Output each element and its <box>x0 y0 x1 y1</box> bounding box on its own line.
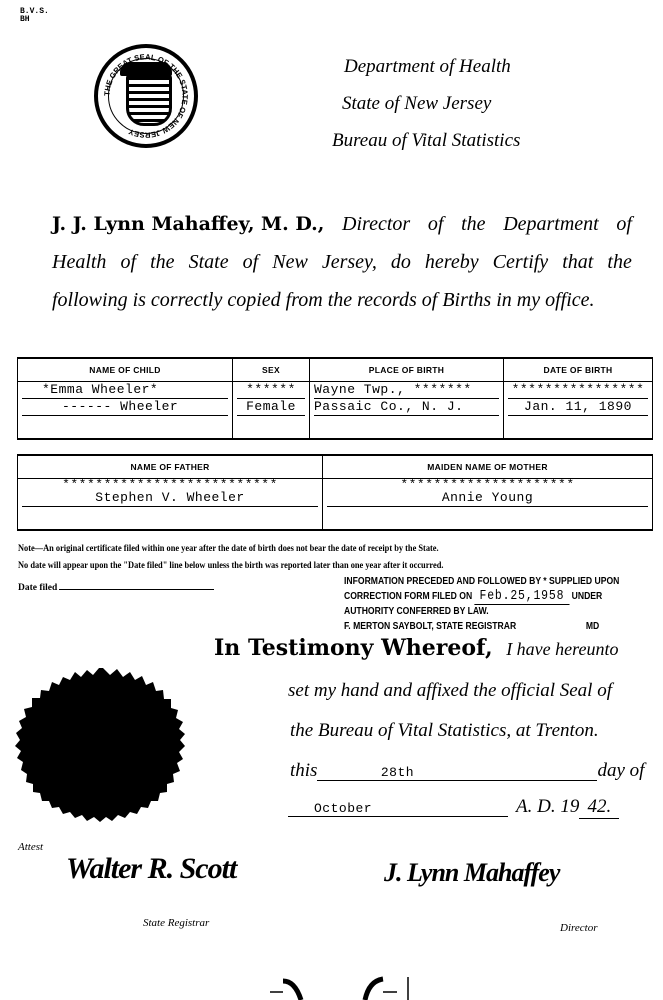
place-line2: Passaic Co., N. J. <box>314 399 499 416</box>
department-header: Department of Health State of New Jersey… <box>340 48 520 159</box>
mother-line1: ********************* <box>327 479 648 490</box>
date-cell: DATE OF BIRTH **************** Jan. 11, … <box>504 358 653 439</box>
testimony-line1-rest: I have hereunto <box>506 639 618 659</box>
header-line-department: Department of Health <box>340 48 520 85</box>
father-cell: NAME OF FATHER *************************… <box>18 455 323 530</box>
place-line1: Wayne Twp., ******* <box>314 382 499 399</box>
blank-space <box>22 416 228 438</box>
month-value: October <box>288 801 508 817</box>
note-line2: No date will appear upon the "Date filed… <box>18 557 613 574</box>
cert-word: Department <box>503 205 599 243</box>
blank-space <box>508 416 648 438</box>
header-maiden-name-of-mother: MAIDEN NAME OF MOTHER <box>323 456 652 479</box>
stamp-line3: AUTHORITY CONFERRED BY LAW. <box>344 604 619 619</box>
cert-word: of <box>616 205 632 243</box>
state-registrar-signature: Walter R. Scott <box>66 852 236 886</box>
blank-space <box>237 416 305 438</box>
header-name-of-father: NAME OF FATHER <box>18 456 322 479</box>
this-label: this <box>290 760 317 781</box>
child-name-line2: ------ Wheeler <box>22 399 228 416</box>
stamp-initials: MD <box>586 620 599 632</box>
director-name: J. J. Lynn Mahaffey, M. D., <box>52 205 324 243</box>
date-line2: Jan. 11, 1890 <box>508 399 648 416</box>
corner-mark-line2: BH <box>20 16 49 24</box>
stamp-line4: F. MERTON SAYBOLT, STATE REGISTRAR MD <box>344 619 619 634</box>
father-line1: ************************** <box>22 479 318 490</box>
cert-word: the <box>461 205 485 243</box>
attest-label: Attest <box>18 841 43 853</box>
father-values: ************************** Stephen V. Wh… <box>18 479 322 529</box>
state-registrar-title: State Registrar <box>143 917 209 929</box>
cert-word: that <box>562 243 593 281</box>
stamp-line2: CORRECTION FORM FILED ON Feb.25,1958 UND… <box>344 589 619 604</box>
testimony-line-5: OctoberA. D. 1942. <box>288 796 619 819</box>
header-date-of-birth: DATE OF BIRTH <box>504 359 652 382</box>
father-line2: Stephen V. Wheeler <box>22 490 318 507</box>
correction-date: Feb.25,1958 <box>475 588 570 605</box>
cert-word: Health <box>52 243 106 281</box>
year-suffix: 42. <box>579 796 619 819</box>
sex-values: ****** Female <box>233 382 309 438</box>
child-name-line1: *Emma Wheeler* <box>22 382 228 399</box>
testimony-line-1: In Testimony Whereof, I have hereunto <box>214 635 618 661</box>
cert-word: hereby <box>425 243 479 281</box>
cert-line-2: Health of the State of New Jersey, do he… <box>52 243 632 281</box>
stamp-line2-suffix: UNDER <box>572 590 603 602</box>
parent-record-table: NAME OF FATHER *************************… <box>17 454 653 531</box>
corner-mark: B.V.S. BH <box>20 8 49 24</box>
day-value: 28th <box>317 765 597 781</box>
date-line1: **************** <box>508 382 648 399</box>
testimony-line-4: this28thday of <box>290 760 644 782</box>
ad-label: A. D. 19 <box>516 796 579 817</box>
mother-line2: Annie Young <box>327 490 648 507</box>
cert-line-3: following is correctly copied from the r… <box>52 281 632 319</box>
cert-word: New <box>272 243 308 281</box>
cert-line-1: J. J. Lynn Mahaffey, M. D., Director of … <box>52 205 632 243</box>
note-text: Note—An original certificate filed withi… <box>18 540 613 574</box>
cert-word: Director <box>342 205 410 243</box>
certification-paragraph: J. J. Lynn Mahaffey, M. D., Director of … <box>52 205 632 319</box>
director-title: Director <box>560 922 597 934</box>
director-signature: J. Lynn Mahaffey <box>384 858 559 888</box>
day-text: 28th <box>381 765 414 780</box>
seal-shield <box>126 74 172 126</box>
cert-word: the <box>150 243 174 281</box>
great-seal-of-new-jersey-icon: THE GREAT SEAL OF THE STATE OF NEW JERSE… <box>94 44 198 148</box>
header-line-bureau: Bureau of Vital Statistics <box>332 122 520 159</box>
stamp-line2-prefix: CORRECTION FORM FILED ON <box>344 590 472 602</box>
place-values: Wayne Twp., ******* Passaic Co., N. J. <box>310 382 503 438</box>
cert-word: do <box>391 243 411 281</box>
day-of-label: day of <box>597 760 644 781</box>
date-filed-label: Date filed <box>18 583 57 593</box>
cert-word: Jersey, <box>322 243 377 281</box>
date-filed-field: Date filed <box>18 583 214 593</box>
place-cell: PLACE OF BIRTH Wayne Twp., ******* Passa… <box>310 358 504 439</box>
stamp-line1: INFORMATION PRECEDED AND FOLLOWED BY * S… <box>344 574 619 589</box>
cert-word: Certify <box>493 243 549 281</box>
sex-line2: Female <box>237 399 305 416</box>
month-text: October <box>288 801 372 816</box>
testimony-title: In Testimony Whereof, <box>214 635 493 661</box>
date-filed-line <box>59 589 214 590</box>
cert-word: of <box>243 243 259 281</box>
date-values: **************** Jan. 11, 1890 <box>504 382 652 438</box>
sex-cell: SEX ****** Female <box>233 358 310 439</box>
note-line1: Note—An original certificate filed withi… <box>18 540 613 557</box>
blank-space <box>314 416 499 438</box>
child-name-cell: NAME OF CHILD *Emma Wheeler* ------ Whee… <box>18 358 233 439</box>
sex-line1: ****** <box>237 382 305 399</box>
cert-word: of <box>120 243 136 281</box>
cert-word: the <box>607 243 631 281</box>
child-name-values: *Emma Wheeler* ------ Wheeler <box>18 382 232 438</box>
testimony-line-3: the Bureau of Vital Statistics, at Trent… <box>290 720 599 742</box>
cert-word: of <box>428 205 444 243</box>
blank-space <box>22 507 318 529</box>
registrar-name: F. MERTON SAYBOLT, STATE REGISTRAR <box>344 620 516 632</box>
birth-record-table: NAME OF CHILD *Emma Wheeler* ------ Whee… <box>17 357 653 440</box>
mother-cell: MAIDEN NAME OF MOTHER ******************… <box>323 455 653 530</box>
blank-space <box>327 507 648 529</box>
header-place-of-birth: PLACE OF BIRTH <box>310 359 503 382</box>
mother-values: ********************* Annie Young <box>323 479 652 529</box>
testimony-line-2: set my hand and affixed the official Sea… <box>288 680 612 702</box>
header-name-of-child: NAME OF CHILD <box>18 359 232 382</box>
header-sex: SEX <box>233 359 309 382</box>
embossed-seal-icon <box>13 666 193 831</box>
bottom-stamp-fragment <box>265 975 425 1000</box>
correction-stamp: INFORMATION PRECEDED AND FOLLOWED BY * S… <box>344 574 663 634</box>
header-line-state: State of New Jersey <box>340 85 520 122</box>
cert-word: State <box>189 243 229 281</box>
